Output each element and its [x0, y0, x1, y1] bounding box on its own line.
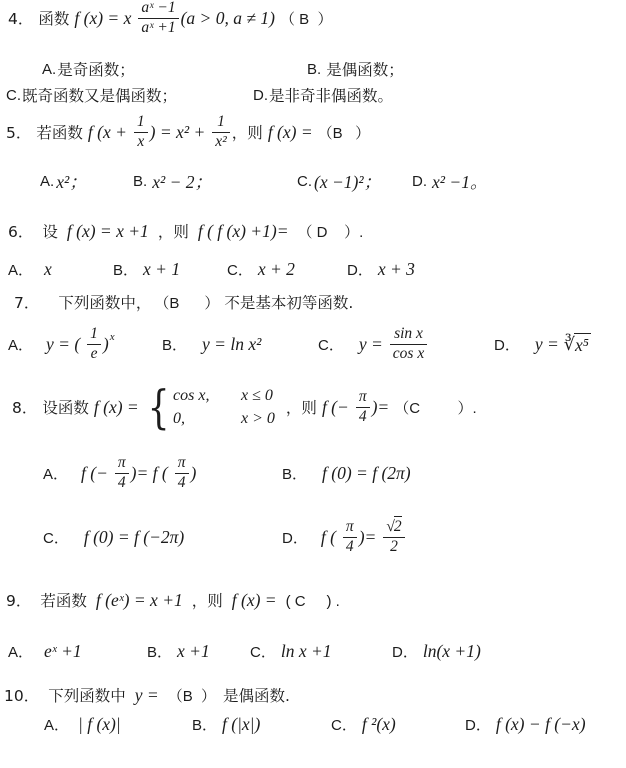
q6-stem: 6． 设 f (x) = x +1 ，则 f ( f (x) +1)= （ D … [8, 220, 368, 242]
q8-number: 8． [12, 396, 37, 418]
q4-condition: (a > 0, a ≠ 1) [181, 8, 275, 29]
q4-option-b: B.是偶函数； [307, 58, 409, 80]
q5-option-d: D.x² −1。 [412, 169, 492, 194]
q4-option-c: C.既奇函数又是偶函数； [6, 84, 182, 106]
q8-option-a: A． f (− π4 )= f ( π4 ) [43, 450, 201, 496]
q4-formula-lead: f (x) = x [74, 8, 131, 29]
q6-option-a: A．x [8, 259, 57, 280]
q5-stem: 5． 若函数 f (x + 1x ) = x² + 1x² ，则 f (x) =… [6, 106, 375, 158]
q5-option-c: C.(x −1)²； [297, 169, 386, 194]
q4-stem: 4． 函数 f (x) = x aˣ −1aˣ +1 (a > 0, a ≠ 1… [8, 0, 337, 44]
q9-option-c: C．ln x +1 [250, 641, 337, 662]
q10-option-c: C．f ²(x) [331, 714, 401, 735]
q5-option-a: A.x²； [40, 169, 92, 194]
q6-option-b: B．x + 1 [113, 259, 185, 280]
q10-option-d: D．f (x) − f (−x) [465, 714, 591, 735]
q8-stem: 8． 设函数 f (x) = { cos x,x ≤ 0 0,x > 0 ，则 … [12, 379, 482, 435]
q10-option-b: B．f (|x|) [192, 714, 265, 735]
q9-option-d: D．ln(x +1) [392, 641, 486, 662]
q8-piecewise-cases: cos x,x ≤ 0 0,x > 0 [173, 384, 275, 430]
q9-option-b: B．x +1 [147, 641, 215, 662]
q8-option-d: D． f ( π4 )= √22 [282, 512, 407, 562]
q4-answer: （ B ） [280, 8, 333, 29]
q5-fraction-2: 1x² [212, 113, 230, 151]
q6-option-c: C．x + 2 [227, 259, 300, 280]
q6-option-d: D．x + 3 [347, 259, 420, 280]
q7-option-b: B．y = ln x² [162, 316, 266, 372]
q8-optD-sqrt-fraction: √22 [383, 518, 404, 556]
q9-answer: ( C ) . [286, 593, 340, 610]
q4-fraction: aˣ −1aˣ +1 [138, 0, 178, 37]
q5-fraction-1: 1x [134, 113, 148, 151]
q6-answer: （ D ）. [298, 224, 364, 241]
q9-option-a: A．eˣ +1 [8, 641, 87, 662]
q4-option-a: A.是奇函数； [42, 58, 140, 80]
q7-option-a: A． y = ( 1e ) x [8, 316, 120, 372]
q4-option-d: D.是非奇非偶函数。 [253, 84, 398, 106]
q8-answer: （C ）. [394, 397, 477, 418]
document-page: 4． 函数 f (x) = x aˣ −1aˣ +1 (a > 0, a ≠ 1… [0, 0, 626, 768]
q8-option-b: B．f (0) = f (2π) [282, 450, 416, 496]
q10-option-a: A．| f (x)| [44, 714, 126, 735]
q7-optA-fraction: 1e [87, 325, 101, 363]
q7-number: 7． [14, 294, 39, 312]
q5-answer: （B ） [318, 122, 371, 143]
q4-lead: 函数 [38, 7, 69, 29]
q9-number: 9． [6, 592, 31, 610]
q10-stem: 10． 下列函数中 y = （B ） 是偶函数. [4, 684, 295, 706]
q7-option-c: C． y = sin xcos x [318, 316, 429, 372]
q6-number: 6． [8, 223, 33, 241]
q10-answer: （B ） [168, 688, 216, 705]
q7-optC-fraction: sin xcos x [390, 325, 427, 363]
q7-optD-radicand: x⁵ [574, 333, 591, 356]
q5-option-b: B.x² − 2； [133, 169, 217, 194]
q7-optA-exponent: x [110, 331, 115, 343]
q7-stem: 7． 下列函数中， （B ） 不是基本初等函数. [14, 291, 358, 313]
q8-brace: { [147, 385, 169, 429]
q9-stem: 9． 若函数 f (eˣ) = x +1 ，则 f (x) = ( C ) . [6, 589, 345, 611]
q7-option-d: D． y = ∛ x⁵ [494, 316, 596, 372]
q5-lead: 若函数 [36, 121, 83, 143]
q8-stem-fraction: π4 [356, 388, 370, 426]
q10-number: 10． [4, 687, 39, 705]
q7-answer: （B ） [154, 295, 219, 312]
q4-number: 4． [8, 7, 33, 29]
q5-number: 5． [6, 121, 31, 143]
q8-option-c: C．f (0) = f (−2π) [43, 512, 189, 562]
